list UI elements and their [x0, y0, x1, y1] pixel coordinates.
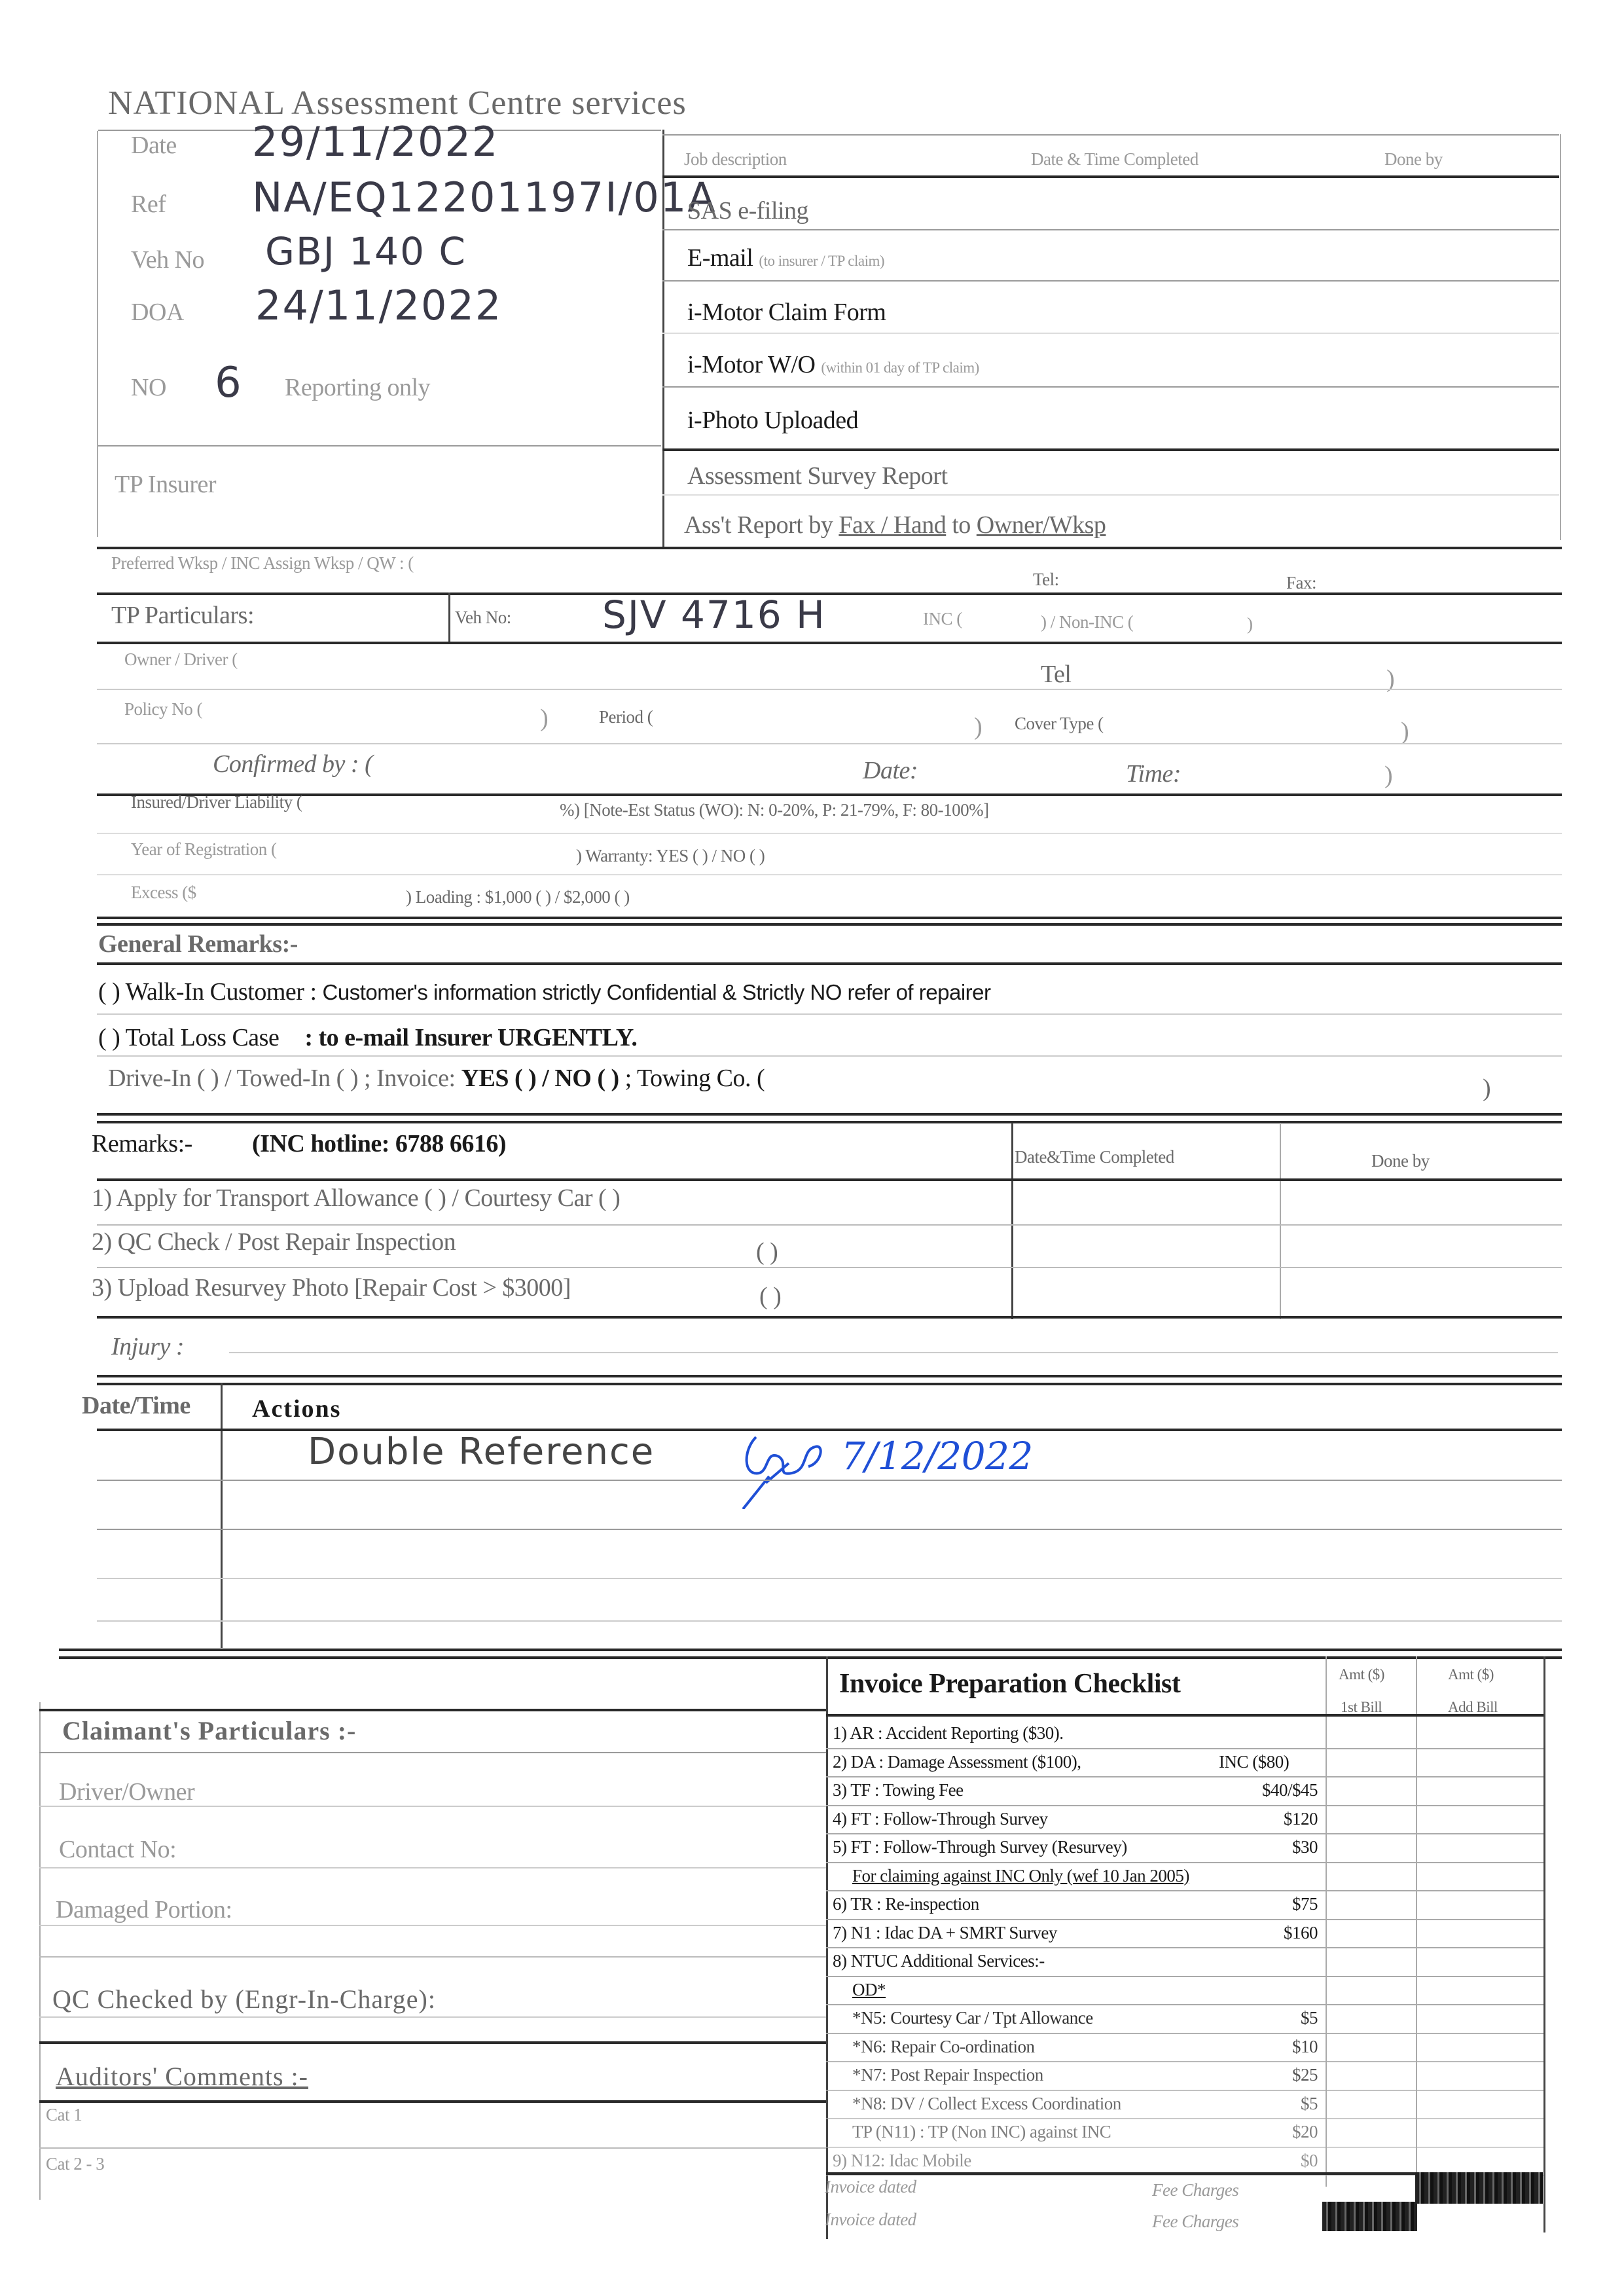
- non-inc-close: ): [1247, 614, 1253, 634]
- invoice-item-price: $5: [1301, 2094, 1318, 2114]
- veh-no-value[interactable]: GBJ 140 C: [265, 229, 467, 274]
- invoice-item-extra: INC ($80): [1219, 1752, 1289, 1772]
- invoice-yes-no: YES ( ) / NO ( ): [461, 1065, 619, 1092]
- confirmed-close: ): [1384, 761, 1392, 790]
- total-loss-option[interactable]: ( ) Total Loss Case : to e-mail Insurer …: [98, 1023, 637, 1052]
- form-title: NATIONAL Assessment Centre services: [108, 84, 687, 122]
- handwritten-signature: [730, 1411, 838, 1509]
- remarks-col-date-time: Date&Time Completed: [1015, 1147, 1174, 1167]
- job-item-email-note: (to insurer / TP claim): [759, 253, 884, 269]
- invoice-item-price: $40/$45: [1262, 1780, 1318, 1800]
- claimant-damaged-portion-field[interactable]: Damaged Portion:: [56, 1895, 232, 1924]
- invoice-item-price: $25: [1292, 2065, 1318, 2085]
- asst-report-owner-wksp: Owner/Wksp: [977, 511, 1106, 539]
- confirmed-time-label: Time:: [1126, 759, 1181, 788]
- job-item-imotor-wo-note: (within 01 day of TP claim): [821, 359, 979, 376]
- invoice-col-first-amt: Amt ($): [1339, 1666, 1384, 1683]
- redacted-stamp-1: [1415, 2172, 1543, 2204]
- invoice-dated-2[interactable]: Invoice dated: [825, 2210, 916, 2230]
- actions-col-datetime: Date/Time: [82, 1391, 190, 1420]
- cat1-label: Cat 1: [46, 2105, 82, 2125]
- drive-in-towed-in-line[interactable]: Drive-In ( ) / Towed-In ( ) ; Invoice: Y…: [108, 1064, 765, 1093]
- date-value[interactable]: 29/11/2022: [252, 118, 499, 166]
- invoice-item-label: 3) TF : Towing Fee: [833, 1780, 964, 1800]
- preferred-wksp-label[interactable]: Preferred Wksp / INC Assign Wksp / QW : …: [111, 553, 414, 574]
- invoice-item-row[interactable]: OD*: [826, 1977, 1543, 2006]
- invoice-item-price: $120: [1284, 1809, 1318, 1829]
- wksp-tel-label: Tel:: [1033, 570, 1059, 590]
- invoice-item-label: *N7: Post Repair Inspection: [852, 2065, 1043, 2085]
- claimant-particulars-title: Claimant's Particulars :-: [62, 1715, 356, 1746]
- owner-tel-label: Tel: [1041, 660, 1071, 689]
- job-item-imotor-wo[interactable]: i-Motor W/O (within 01 day of TP claim): [687, 350, 979, 379]
- invoice-item-label: 9) N12: Idac Mobile: [833, 2151, 971, 2171]
- invoice-item-row[interactable]: 7) N1 : Idac DA + SMRT Survey$160: [826, 1920, 1543, 1949]
- fee-charges-1[interactable]: Fee Charges: [1152, 2180, 1238, 2200]
- veh-no-label: Veh No: [131, 246, 204, 274]
- asst-report-prefix: Ass't Report by: [684, 511, 839, 539]
- asst-report-fax-hand: Fax / Hand: [839, 511, 946, 539]
- invoice-item-label: *N5: Courtesy Car / Tpt Allowance: [852, 2008, 1093, 2028]
- cat23-label: Cat 2 - 3: [46, 2154, 104, 2174]
- invoice-item-price: $5: [1301, 2008, 1318, 2028]
- invoice-item-row[interactable]: *N8: DV / Collect Excess Coordination$5: [826, 2091, 1543, 2120]
- redacted-stamp-2: [1322, 2202, 1417, 2231]
- total-loss-prefix: ( ) Total Loss Case: [98, 1024, 279, 1051]
- invoice-item-row[interactable]: *N5: Courtesy Car / Tpt Allowance$5: [826, 2005, 1543, 2034]
- loading-field[interactable]: ) Loading : $1,000 ( ) / $2,000 ( ): [406, 887, 630, 907]
- invoice-item-row[interactable]: 8) NTUC Additional Services:-: [826, 1948, 1543, 1977]
- ref-value[interactable]: NA/EQ12201197I/01A: [252, 173, 717, 221]
- action-signed-date: 7/12/2022: [841, 1434, 1033, 1478]
- wksp-fax-label: Fax:: [1286, 573, 1316, 593]
- walk-in-prefix: ( ) Walk-In Customer :: [98, 978, 323, 1006]
- non-inc-option[interactable]: ) / Non-INC (: [1041, 612, 1133, 632]
- invoice-item-row[interactable]: 6) TR : Re-inspection$75: [826, 1891, 1543, 1920]
- invoice-col-add-amt: Amt ($): [1448, 1666, 1494, 1683]
- invoice-item-row[interactable]: For claiming against INC Only (wef 10 Ja…: [826, 1863, 1543, 1892]
- injury-label: Injury :: [111, 1332, 184, 1361]
- excess-field[interactable]: Excess ($: [131, 883, 196, 903]
- invoice-item-price: $0: [1301, 2151, 1318, 2171]
- warranty-field[interactable]: ) Warranty: YES ( ) / NO ( ): [576, 846, 765, 866]
- remark-upload-resurvey-box[interactable]: ( ): [759, 1282, 781, 1311]
- job-col-date-time: Date & Time Completed: [1031, 149, 1199, 170]
- cover-type-field[interactable]: Cover Type (: [1015, 714, 1104, 734]
- tp-particulars-label: TP Particulars:: [111, 601, 254, 630]
- cover-type-close: ): [1401, 717, 1409, 746]
- total-loss-text: : to e-mail Insurer URGENTLY.: [304, 1024, 637, 1051]
- towing-co-field: ; Towing Co. (: [625, 1065, 765, 1092]
- owner-driver-field[interactable]: Owner / Driver (: [124, 649, 238, 670]
- invoice-item-label: 7) N1 : Idac DA + SMRT Survey: [833, 1923, 1057, 1943]
- invoice-item-row[interactable]: *N6: Repair Co-ordination$10: [826, 2034, 1543, 2063]
- invoice-item-row[interactable]: 5) FT : Follow-Through Survey (Resurvey)…: [826, 1834, 1543, 1863]
- auditors-comments-title: Auditors' Comments :-: [56, 2061, 308, 2092]
- job-item-imotor-claim-form[interactable]: i-Motor Claim Form: [687, 298, 886, 327]
- tp-veh-no-value[interactable]: SJV 4716 H: [602, 592, 826, 637]
- doa-value[interactable]: 24/11/2022: [255, 282, 502, 329]
- tp-insurer-label: TP Insurer: [115, 470, 216, 499]
- invoice-item-label: 1) AR : Accident Reporting ($30).: [833, 1723, 1063, 1743]
- invoice-item-label: OD*: [852, 1980, 886, 2000]
- general-remarks-title: General Remarks:-: [98, 930, 298, 958]
- job-item-iphoto-uploaded[interactable]: i-Photo Uploaded: [687, 406, 858, 435]
- remarks-title: Remarks:-: [92, 1129, 192, 1158]
- liability-note: %) [Note-Est Status (WO): N: 0-20%, P: 2…: [560, 800, 989, 820]
- period-field[interactable]: Period (: [599, 707, 653, 727]
- job-col-description: Job description: [684, 149, 787, 170]
- invoice-item-row[interactable]: 4) FT : Follow-Through Survey$120: [826, 1806, 1543, 1835]
- walk-in-text: Customer's information strictly Confiden…: [323, 980, 991, 1004]
- invoice-item-label: 6) TR : Re-inspection: [833, 1894, 979, 1914]
- ref-label: Ref: [131, 190, 166, 219]
- remark-qc-check-box[interactable]: ( ): [756, 1237, 778, 1266]
- fee-charges-2[interactable]: Fee Charges: [1152, 2212, 1238, 2232]
- job-item-email[interactable]: E-mail (to insurer / TP claim): [687, 244, 884, 272]
- remark-upload-resurvey[interactable]: 3) Upload Resurvey Photo [Repair Cost > …: [92, 1273, 571, 1302]
- claimant-driver-owner-field[interactable]: Driver/Owner: [59, 1777, 194, 1806]
- action-entry-text[interactable]: Double Reference: [308, 1430, 655, 1473]
- insured-liability-field[interactable]: Insured/Driver Liability (: [131, 792, 302, 812]
- actions-col-actions: Actions: [252, 1394, 341, 1423]
- year-registration-field[interactable]: Year of Registration (: [131, 839, 276, 860]
- job-col-done-by: Done by: [1384, 149, 1443, 170]
- no-value[interactable]: 6: [215, 359, 243, 407]
- invoice-item-label: For claiming against INC Only (wef 10 Ja…: [852, 1866, 1189, 1886]
- remarks-col-done-by: Done by: [1371, 1151, 1430, 1171]
- period-close: ): [974, 712, 982, 741]
- date-label: Date: [131, 131, 177, 160]
- claimant-contact-field[interactable]: Contact No:: [59, 1835, 176, 1864]
- invoice-item-label: TP (N11) : TP (Non INC) against INC: [852, 2122, 1111, 2142]
- job-item-assessment-survey-report[interactable]: Assessment Survey Report: [687, 462, 948, 490]
- towing-co-close: ): [1483, 1074, 1490, 1102]
- invoice-item-label: 8) NTUC Additional Services:-: [833, 1951, 1045, 1971]
- invoice-item-price: $10: [1292, 2037, 1318, 2057]
- tp-veh-no-label: Veh No:: [455, 608, 511, 628]
- invoice-item-row[interactable]: 2) DA : Damage Assessment ($100),INC ($8…: [826, 1749, 1543, 1778]
- remark-transport-allowance[interactable]: 1) Apply for Transport Allowance ( ) / C…: [92, 1184, 620, 1212]
- job-item-sas-efiling[interactable]: SAS e-filing: [687, 196, 808, 225]
- invoice-item-label: *N8: DV / Collect Excess Coordination: [852, 2094, 1121, 2114]
- qc-checked-by-field[interactable]: QC Checked by (Engr-In-Charge):: [52, 1984, 436, 2014]
- invoice-item-label: 5) FT : Follow-Through Survey (Resurvey): [833, 1837, 1127, 1857]
- invoice-item-row[interactable]: 1) AR : Accident Reporting ($30).: [826, 1721, 1543, 1749]
- job-item-asst-report[interactable]: Ass't Report by Fax / Hand to Owner/Wksp: [684, 511, 1106, 539]
- inc-option[interactable]: INC (: [923, 609, 962, 629]
- invoice-item-price: $75: [1292, 1894, 1318, 1914]
- invoice-item-row[interactable]: TP (N11) : TP (Non INC) against INC$20: [826, 2119, 1543, 2148]
- drive-in-text: Drive-In ( ) / Towed-In ( ) ; Invoice:: [108, 1065, 461, 1092]
- job-item-email-label: E-mail: [687, 244, 753, 272]
- invoice-item-price: $30: [1292, 1837, 1318, 1857]
- invoice-item-label: *N6: Repair Co-ordination: [852, 2037, 1034, 2057]
- inc-hotline: (INC hotline: 6788 6616): [252, 1129, 506, 1158]
- invoice-item-price: $20: [1292, 2122, 1318, 2142]
- invoice-dated-1[interactable]: Invoice dated: [825, 2177, 916, 2197]
- policy-no-close: ): [540, 704, 548, 733]
- job-item-imotor-wo-label: i-Motor W/O: [687, 351, 815, 378]
- invoice-item-label: 4) FT : Follow-Through Survey: [833, 1809, 1048, 1829]
- policy-no-field[interactable]: Policy No (: [124, 699, 202, 720]
- invoice-item-price: $160: [1284, 1923, 1318, 1943]
- invoice-item-row[interactable]: 3) TF : Towing Fee$40/$45: [826, 1777, 1543, 1806]
- invoice-item-row[interactable]: *N7: Post Repair Inspection$25: [826, 2062, 1543, 2091]
- walk-in-customer-option[interactable]: ( ) Walk-In Customer : Customer's inform…: [98, 977, 990, 1006]
- doa-label: DOA: [131, 298, 184, 327]
- invoice-checklist-title: Invoice Preparation Checklist: [839, 1668, 1180, 1700]
- no-label: NO: [131, 373, 166, 402]
- asst-report-to: to: [946, 511, 977, 539]
- invoice-item-label: 2) DA : Damage Assessment ($100),: [833, 1752, 1081, 1772]
- confirmed-by-field[interactable]: Confirmed by : (: [213, 750, 372, 778]
- remark-qc-check[interactable]: 2) QC Check / Post Repair Inspection: [92, 1228, 456, 1256]
- confirmed-date-label: Date:: [863, 756, 918, 785]
- reporting-only-note: Reporting only: [285, 373, 430, 402]
